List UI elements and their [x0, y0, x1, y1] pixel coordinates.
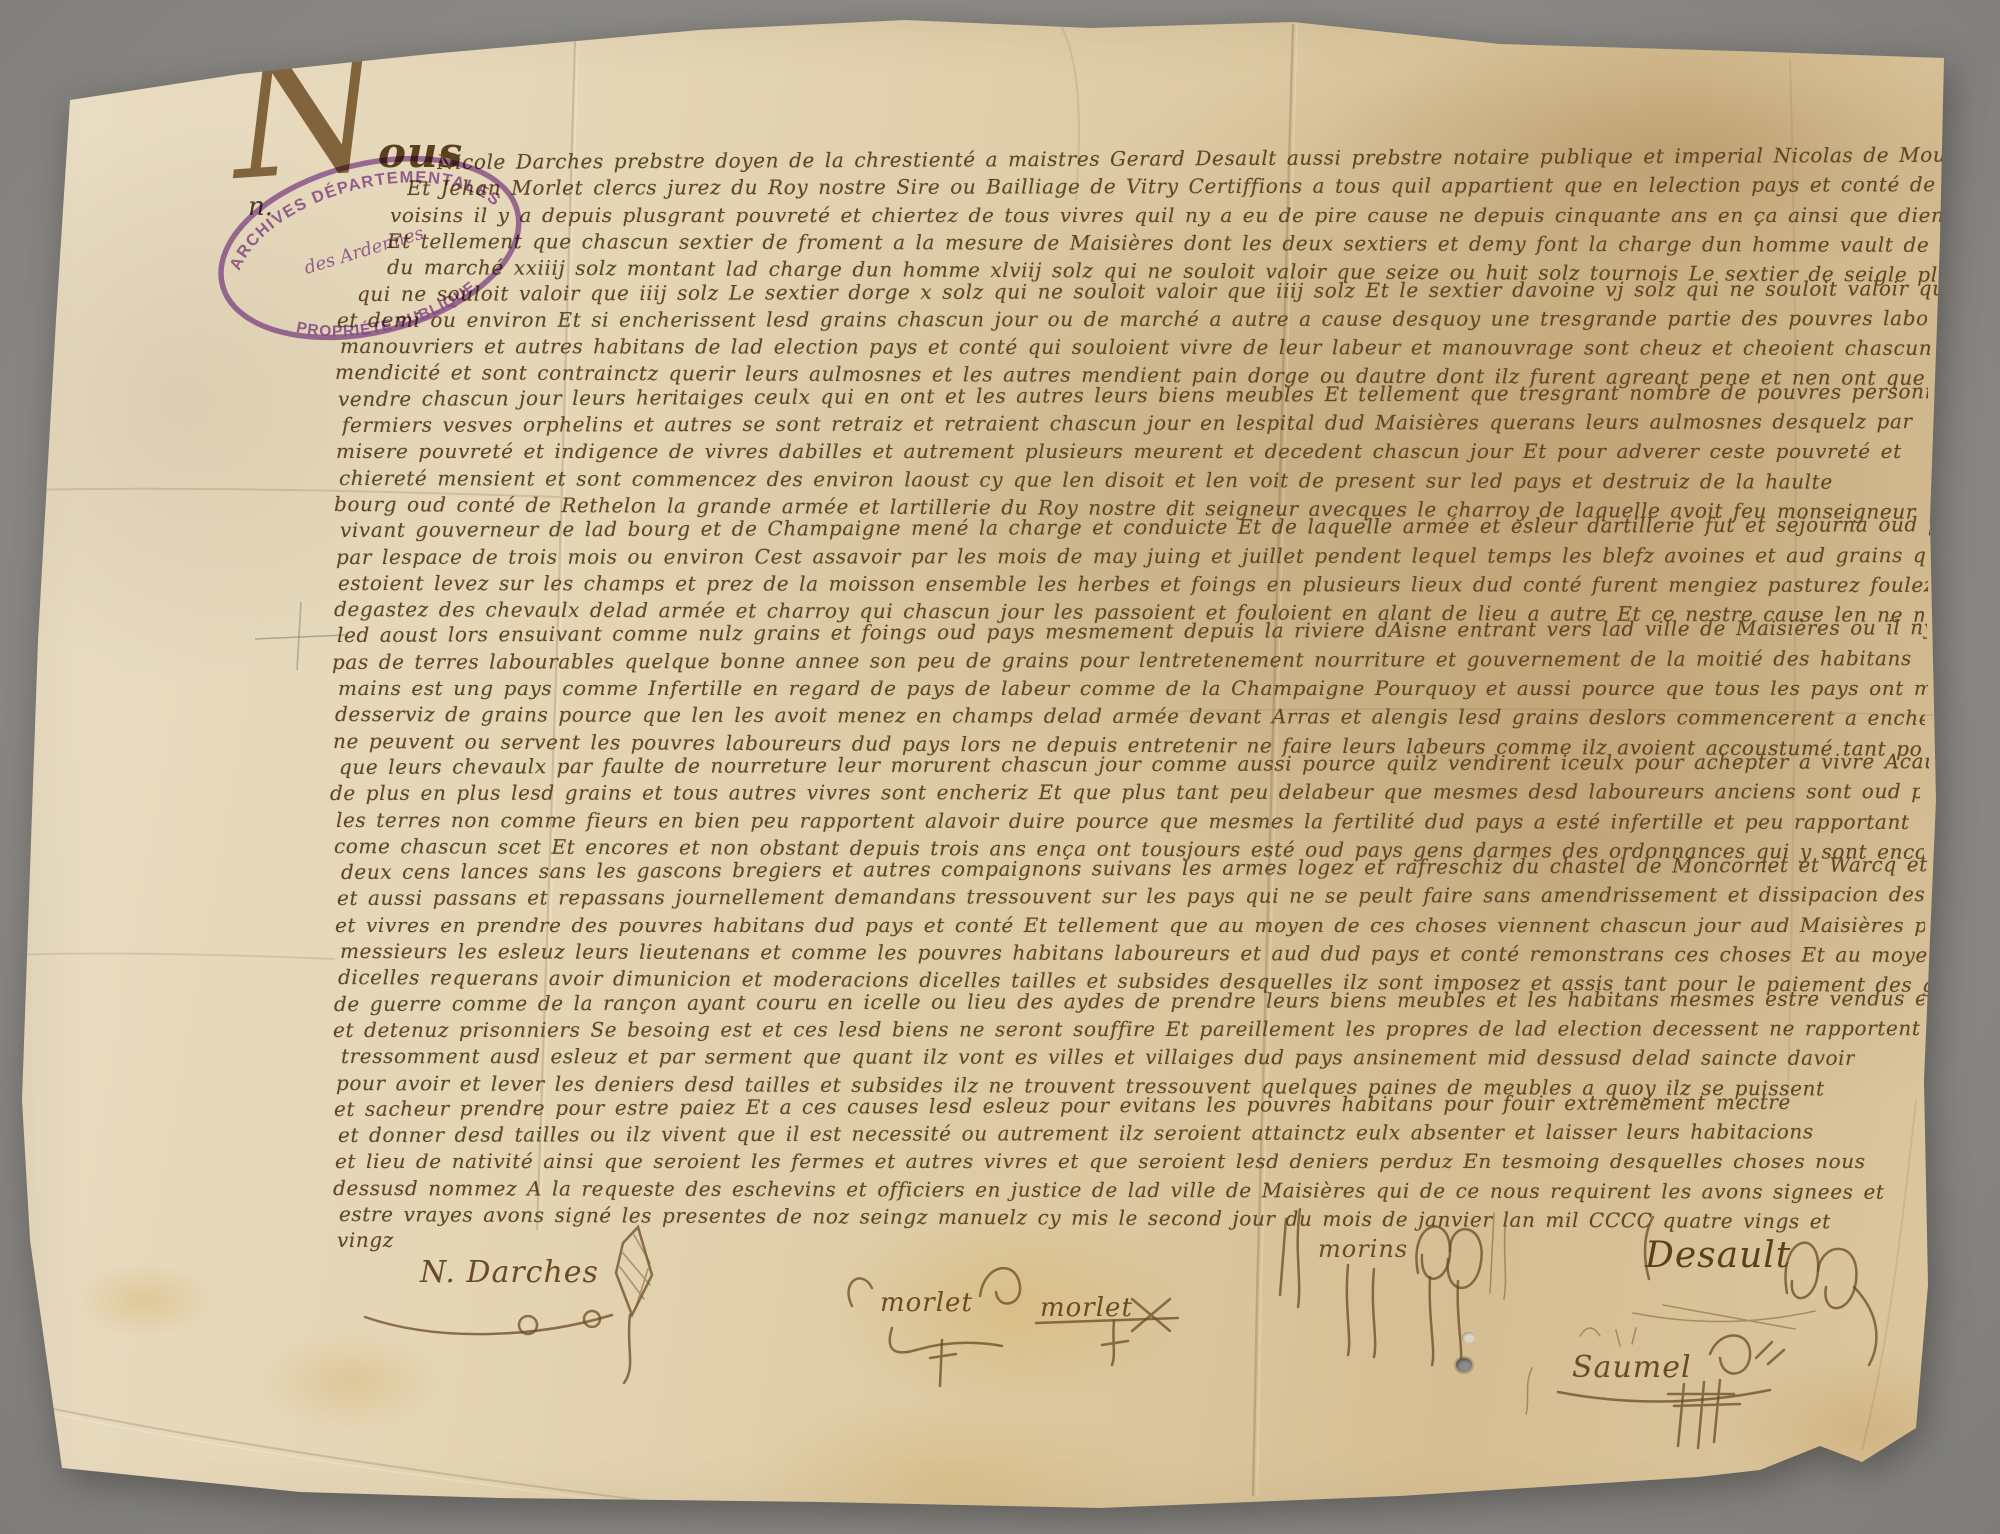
- manuscript-line-38: et donner desd tailles ou ilz vivent que…: [338, 1119, 1814, 1150]
- signature-desault-label: Desault: [1645, 1235, 1791, 1276]
- signature-morlet-1-label: morlet: [880, 1288, 973, 1318]
- manuscript-line-26: les terres non comme fieurs en bien peu …: [336, 808, 1910, 837]
- manuscript-line-4: Et tellement que chascun sextier de from…: [387, 229, 1977, 260]
- manuscript-line-25: de plus en plus lesd grains et tous autr…: [330, 779, 1920, 808]
- manuscript-line-15: vivant gouverneur de lad bourg et de Cha…: [340, 512, 1930, 545]
- parchment-hole-small: [1462, 1332, 1475, 1343]
- signature-darches: N. Darches: [420, 1255, 599, 1290]
- manuscript-line-7: et demi ou environ Et si encherissent le…: [337, 306, 1927, 335]
- signature-morlet-2: morlet: [1040, 1293, 1133, 1323]
- manuscript-line-42: vingz: [337, 1228, 394, 1255]
- manuscript-line-11: fermiers vesves orphelins et autres se s…: [342, 409, 1913, 440]
- manuscript-line-30: et vivres en prendre des pouvres habitan…: [335, 913, 1925, 940]
- manuscript-line-35: tressomment ausd esleuz et par serment q…: [341, 1044, 1855, 1073]
- signature-darches-label: N. Darches: [420, 1255, 599, 1290]
- signature-desault: Desault: [1645, 1235, 1791, 1276]
- desault-paraph-flourish: [1645, 1235, 1655, 1245]
- manuscript-line-22: desserviz de grains pource que len les a…: [335, 702, 1925, 733]
- signature-morlet-2-label: morlet: [1040, 1293, 1133, 1323]
- manuscript-line-41: estre vrayes avons signé les presentes d…: [339, 1202, 1831, 1236]
- manuscript-line-34: et detenuz prisonniers Se besoing est et…: [333, 1016, 1921, 1045]
- signature-morlet-1: morlet: [880, 1288, 973, 1318]
- manuscript-line-29: et aussi passans et repassans journellem…: [337, 883, 1927, 914]
- manuscript-line-21: mains est ung pays comme Infertille en r…: [338, 676, 1928, 703]
- photo-backdrop: N ous n. Nicole Darches prebstre doyen d…: [0, 0, 2000, 1534]
- darches-paraph-flourish: [420, 1255, 430, 1265]
- manuscript-line-2: Et Jehan Morlet clercs jurez du Roy nost…: [407, 172, 1997, 203]
- parchment-sheet: N ous n. Nicole Darches prebstre doyen d…: [0, 0, 2000, 1534]
- manuscript-line-6: qui ne souloit valoir que iiij solz Le s…: [357, 276, 1947, 309]
- manuscript-line-20: pas de terres labourables quelque bonne …: [332, 646, 1922, 677]
- manuscript-line-39: et lieu de nativité ainsi que seroient l…: [335, 1149, 1866, 1176]
- manuscript-line-3: voisins il y a depuis plusgrant pouvreté…: [390, 203, 1980, 230]
- signature-saumel-label: Saumel: [1572, 1350, 1692, 1385]
- signature-morins-label: morins: [1318, 1235, 1408, 1263]
- manuscript-line-13: chiereté mensient et sont commencez des …: [339, 466, 1833, 497]
- morlet-1-paraph-flourish: [880, 1288, 890, 1298]
- manuscript-line-24: que leurs chevaulx par faulte de nourret…: [339, 749, 1929, 782]
- signature-saumel: Saumel: [1572, 1350, 1692, 1385]
- manuscript-line-40: dessusd nommez A la requeste des eschevi…: [333, 1176, 1885, 1207]
- parchment-hole-pierced: [1456, 1358, 1472, 1372]
- stamp-middle-text: des Ardennes: [302, 223, 427, 279]
- parchment-shadow: N ous n. Nicole Darches prebstre doyen d…: [0, 0, 2000, 1534]
- manuscript-line-33: de guerre comme de la rançon ayant couru…: [334, 986, 1924, 1019]
- saumel-paraph-flourish: [1572, 1350, 1582, 1360]
- signature-morins: morins: [1318, 1235, 1408, 1263]
- manuscript-line-16: par lespace de trois mois ou environ Ces…: [336, 543, 1926, 572]
- morins-knot-paraph: [1318, 1235, 1328, 1245]
- manuscript-line-8: manouvriers et autres habitans de lad el…: [340, 334, 1930, 363]
- manuscript-line-17: estoient levez sur les champs et prez de…: [338, 571, 1928, 600]
- manuscript-line-12: misere pouvreté et indigence de vivres d…: [336, 439, 1902, 466]
- morlet-2-paraph-flourish: [1040, 1293, 1050, 1303]
